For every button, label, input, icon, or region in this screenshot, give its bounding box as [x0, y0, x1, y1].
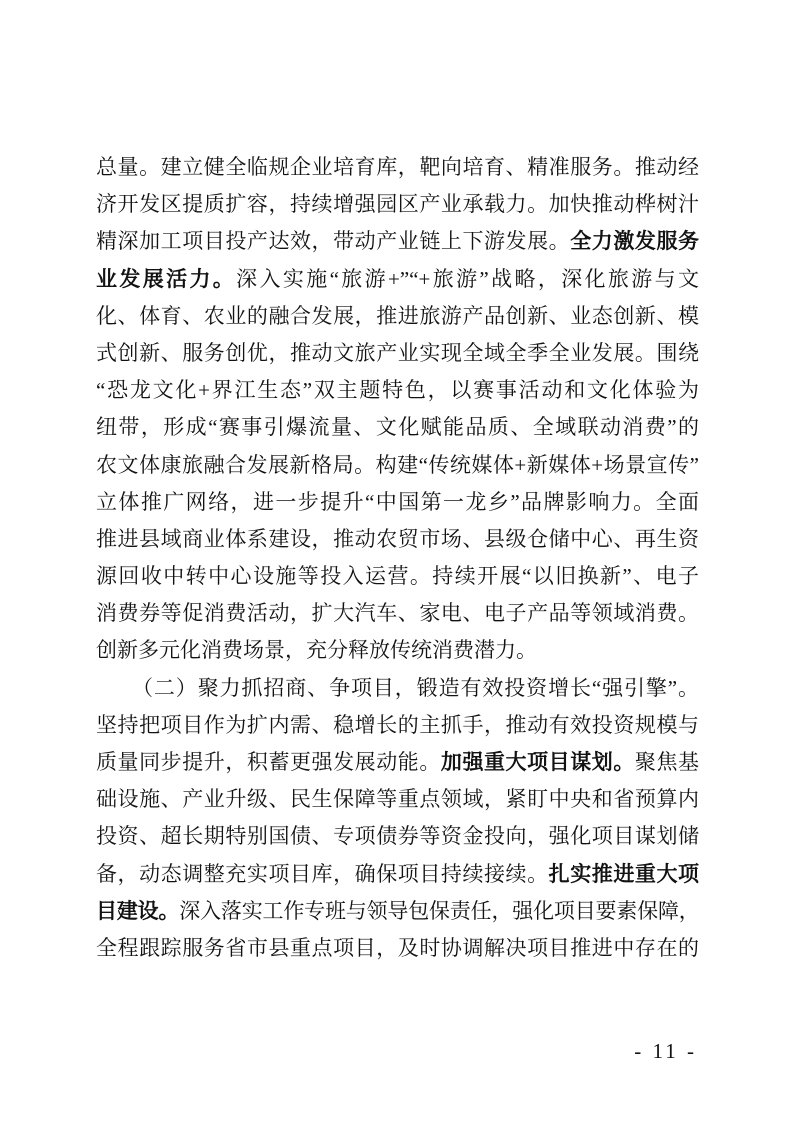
- text-segment: 济开发区提质扩容，持续增强园区产业承载力。加快推动桦树汁: [96, 192, 699, 216]
- text-line: 式创新、服务创优，推动文旅产业实现全域全季全业发展。围绕: [96, 335, 699, 372]
- text-segment: 坚持把项目作为扩内需、稳增长的主抓手，推动有效投资规模与: [96, 713, 699, 737]
- text-line: 总量。建立健全临规企业培育库，靶向培育、精准服务。推动经: [96, 149, 699, 186]
- text-line: 全程跟踪服务省市县重点项目，及时协调解决项目推进中存在的: [96, 930, 699, 967]
- text-line: 坚持把项目作为扩内需、稳增长的主抓手，推动有效投资规模与: [96, 707, 699, 744]
- text-line: 源回收中转中心设施等投入运营。持续开展“以旧换新”、电子: [96, 558, 699, 595]
- text-line: 农文体康旅融合发展新格局。构建“传统媒体+新媒体+场景宣传”: [96, 447, 699, 484]
- text-segment: 全程跟踪服务省市县重点项目，及时协调解决项目推进中存在的: [96, 936, 699, 960]
- text-line: 目建设。深入落实工作专班与领导包保责任，强化项目要素保障，: [96, 893, 699, 930]
- text-segment: 推进县域商业体系建设，推动农贸市场、县级仓储中心、再生资: [96, 527, 699, 551]
- text-segment: “恐龙文化+界江生态”双主题特色，以赛事活动和文化体验为: [96, 378, 699, 402]
- text-line: 消费券等促消费活动，扩大汽车、家电、电子产品等领域消费。: [96, 595, 699, 632]
- text-segment: 深入落实工作专班与领导包保责任，强化项目要素保障，: [179, 899, 699, 923]
- text-line: 纽带，形成“赛事引爆流量、文化赋能品质、全域联动消费”的: [96, 409, 699, 446]
- text-line: 创新多元化消费场景，充分释放传统消费潜力。: [96, 632, 699, 669]
- text-line: 立体推广网络，进一步提升“中国第一龙乡”品牌影响力。全面: [96, 484, 699, 521]
- text-line: 推进县域商业体系建设，推动农贸市场、县级仓储中心、再生资: [96, 521, 699, 558]
- text-segment: 质量同步提升，积蓄更强发展动能。: [96, 750, 441, 774]
- text-line: 化、体育、农业的融合发展，推进旅游产品创新、业态创新、模: [96, 298, 699, 335]
- text-segment: 式创新、服务创优，推动文旅产业实现全域全季全业发展。围绕: [96, 341, 699, 365]
- page-number: - 11 -: [634, 1040, 697, 1062]
- text-segment: 农文体康旅融合发展新格局。构建“传统媒体+新媒体+场景宣传”: [96, 453, 699, 477]
- text-segment: 化、体育、农业的融合发展，推进旅游产品创新、业态创新、模: [96, 304, 699, 328]
- text-line: 备，动态调整充实项目库，确保项目持续接续。扎实推进重大项: [96, 856, 699, 893]
- bold-text-segment: 扎实推进重大项: [549, 862, 699, 886]
- section-heading-line: （二）聚力抓招商、争项目，锻造有效投资增长“强引擎”。: [96, 670, 699, 707]
- text-segment: 纽带，形成“赛事引爆流量、文化赋能品质、全域联动消费”的: [96, 415, 699, 439]
- bold-text-segment: 全力激发服务: [570, 229, 699, 253]
- bold-text-segment: 业发展活力。: [96, 267, 236, 291]
- text-segment: 础设施、产业升级、民生保障等重点领域，紧盯中央和省预算内: [96, 787, 699, 811]
- document-page: 总量。建立健全临规企业培育库，靶向培育、精准服务。推动经济开发区提质扩容，持续增…: [0, 0, 793, 1122]
- text-segment: 深入实施“旅游+”“+旅游”战略，深化旅游与文: [236, 267, 699, 291]
- text-line: 础设施、产业升级、民生保障等重点领域，紧盯中央和省预算内: [96, 781, 699, 818]
- text-line: 质量同步提升，积蓄更强发展动能。加强重大项目谋划。聚焦基: [96, 744, 699, 781]
- text-segment: 精深加工项目投产达效，带动产业链上下游发展。: [96, 229, 570, 253]
- bold-text-segment: 加强重大项目谋划。: [441, 750, 635, 774]
- text-line: 济开发区提质扩容，持续增强园区产业承载力。加快推动桦树汁: [96, 186, 699, 223]
- text-segment: 总量。建立健全临规企业培育库，靶向培育、精准服务。推动经: [96, 155, 699, 179]
- text-segment: （二）聚力抓招商、争项目，锻造有效投资增长“强引擎”。: [132, 676, 699, 700]
- text-segment: 立体推广网络，进一步提升“中国第一龙乡”品牌影响力。全面: [96, 490, 699, 514]
- document-body: 总量。建立健全临规企业培育库，靶向培育、精准服务。推动经济开发区提质扩容，持续增…: [96, 149, 699, 967]
- text-segment: 备，动态调整充实项目库，确保项目持续接续。: [96, 862, 549, 886]
- text-segment: 源回收中转中心设施等投入运营。持续开展“以旧换新”、电子: [96, 564, 699, 588]
- bold-text-segment: 目建设。: [96, 899, 179, 923]
- text-line: 投资、超长期特别国债、专项债券等资金投向，强化项目谋划储: [96, 818, 699, 855]
- text-line: “恐龙文化+界江生态”双主题特色，以赛事活动和文化体验为: [96, 372, 699, 409]
- text-segment: 消费券等促消费活动，扩大汽车、家电、电子产品等领域消费。: [96, 601, 699, 625]
- text-line: 精深加工项目投产达效，带动产业链上下游发展。全力激发服务: [96, 223, 699, 260]
- text-segment: 投资、超长期特别国债、专项债券等资金投向，强化项目谋划储: [96, 824, 699, 848]
- text-line: 业发展活力。深入实施“旅游+”“+旅游”战略，深化旅游与文: [96, 261, 699, 298]
- text-segment: 创新多元化消费场景，充分释放传统消费潜力。: [96, 638, 537, 662]
- text-segment: 聚焦基: [635, 750, 699, 774]
